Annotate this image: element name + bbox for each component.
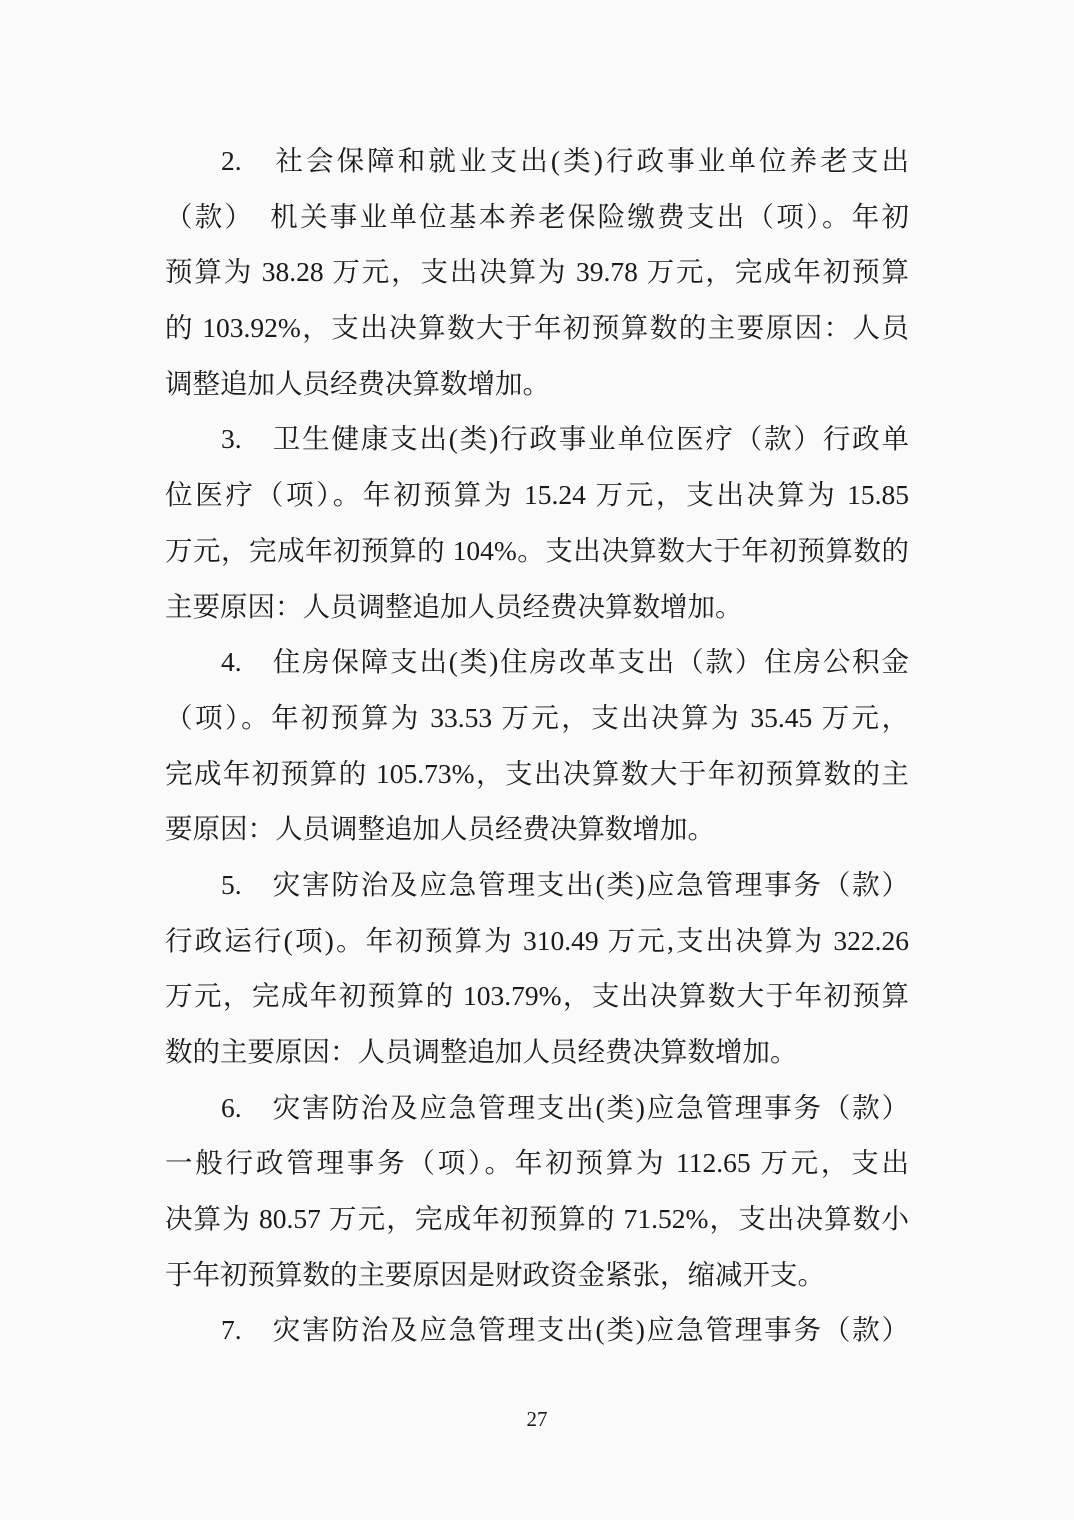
text-line: 主要原因：人员调整追加人员经费决算数增加。 — [165, 579, 909, 635]
text-line: 6. 灾害防治及应急管理支出(类)应急管理事务（款） — [165, 1080, 909, 1136]
text-line: （款） 机关事业单位基本养老保险缴费支出（项）。年初 — [165, 189, 909, 245]
document-body: 2. 社会保障和就业支出(类)行政事业单位养老支出 （款） 机关事业单位基本养老… — [165, 133, 909, 1358]
text-line: 万元，完成年初预算的 104%。支出决算数大于年初预算数的 — [165, 523, 909, 579]
page-number: 27 — [0, 1406, 1074, 1432]
text-line: （项）。年初预算为 33.53 万元，支出决算为 35.45 万元， — [165, 690, 909, 746]
text-line: 完成年初预算的 105.73%，支出决算数大于年初预算数的主 — [165, 746, 909, 802]
text-line: 调整追加人员经费决算数增加。 — [165, 356, 909, 412]
paragraph-item-5: 5. 灾害防治及应急管理支出(类)应急管理事务（款） 行政运行(项)。年初预算为… — [165, 857, 909, 1080]
paragraph-item-4: 4. 住房保障支出(类)住房改革支出（款）住房公积金 （项）。年初预算为 33.… — [165, 634, 909, 857]
text-line: 数的主要原因：人员调整追加人员经费决算数增加。 — [165, 1024, 909, 1080]
paragraph-item-6: 6. 灾害防治及应急管理支出(类)应急管理事务（款） 一般行政管理事务（项）。年… — [165, 1080, 909, 1303]
text-line: 7. 灾害防治及应急管理支出(类)应急管理事务（款） — [165, 1302, 909, 1358]
paragraph-item-7: 7. 灾害防治及应急管理支出(类)应急管理事务（款） — [165, 1302, 909, 1358]
paragraph-item-2: 2. 社会保障和就业支出(类)行政事业单位养老支出 （款） 机关事业单位基本养老… — [165, 133, 909, 411]
text-line: 决算为 80.57 万元，完成年初预算的 71.52%，支出决算数小 — [165, 1191, 909, 1247]
text-line: 2. 社会保障和就业支出(类)行政事业单位养老支出 — [165, 133, 909, 189]
text-line: 一般行政管理事务（项）。年初预算为 112.65 万元，支出 — [165, 1135, 909, 1191]
text-line: 4. 住房保障支出(类)住房改革支出（款）住房公积金 — [165, 634, 909, 690]
text-line: 3. 卫生健康支出(类)行政事业单位医疗（款）行政单 — [165, 411, 909, 467]
text-line: 位医疗（项）。年初预算为 15.24 万元，支出决算为 15.85 — [165, 467, 909, 523]
text-line: 于年初预算数的主要原因是财政资金紧张，缩减开支。 — [165, 1247, 909, 1303]
text-line: 5. 灾害防治及应急管理支出(类)应急管理事务（款） — [165, 857, 909, 913]
text-line: 万元，完成年初预算的 103.79%，支出决算数大于年初预算 — [165, 968, 909, 1024]
document-page: 2. 社会保障和就业支出(类)行政事业单位养老支出 （款） 机关事业单位基本养老… — [0, 0, 1074, 1520]
text-line: 行政运行(项)。年初预算为 310.49 万元,支出决算为 322.26 — [165, 913, 909, 969]
text-line: 要原因：人员调整追加人员经费决算数增加。 — [165, 801, 909, 857]
text-line: 的 103.92%，支出决算数大于年初预算数的主要原因：人员 — [165, 300, 909, 356]
text-line: 预算为 38.28 万元，支出决算为 39.78 万元，完成年初预算 — [165, 244, 909, 300]
paragraph-item-3: 3. 卫生健康支出(类)行政事业单位医疗（款）行政单 位医疗（项）。年初预算为 … — [165, 411, 909, 634]
